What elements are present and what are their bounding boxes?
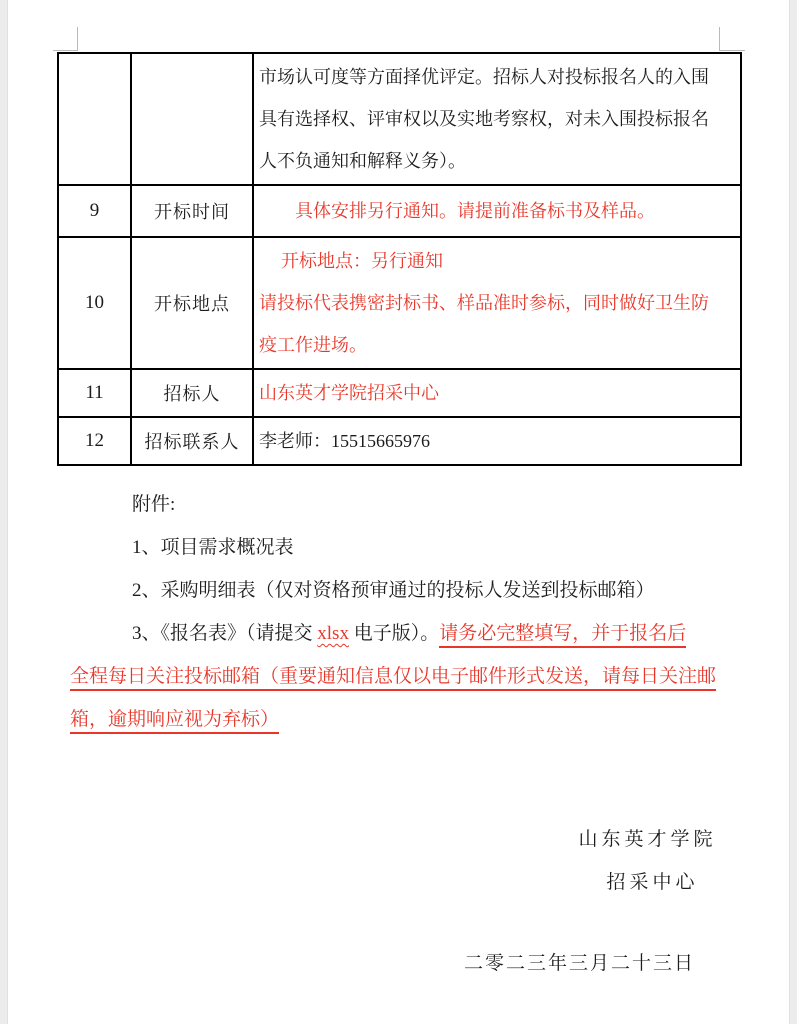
red-warning-line-2: 全程每日关注投标邮箱（重要通知信息仅以电子邮件形式发送，请每日关注邮 <box>70 655 742 698</box>
content-line: 李老师：15515665976 <box>259 420 736 462</box>
row-label-cell: 开标时间 <box>131 185 253 237</box>
table-row-9: 9 开标时间 具体安排另行通知。请提前准备标书及样品。 <box>58 185 741 237</box>
crop-mark-top-right <box>719 27 720 51</box>
row-content-cell: 具体安排另行通知。请提前准备标书及样品。 <box>253 185 741 237</box>
row-content-cell: 山东英才学院招采中心 <box>253 369 741 417</box>
attachment-item-2: 2、采购明细表（仅对资格预审通过的投标人发送到投标邮箱） <box>70 569 742 612</box>
content-line: 山东英才学院招采中心 <box>259 372 736 414</box>
row-label-cell: 开标地点 <box>131 237 253 369</box>
page-edge-left <box>0 0 8 1024</box>
row-content-cell: 李老师：15515665976 <box>253 417 741 465</box>
table-row-continuation: 市场认可度等方面择优评定。招标人对投标报名人的入围 具有选择权、评审权以及实地考… <box>58 53 741 185</box>
content-line: 开标地点：另行通知 <box>259 240 736 282</box>
row-number-cell: 12 <box>58 417 131 465</box>
crop-mark-top-left <box>77 27 78 51</box>
xlsx-file-token: xlsx <box>317 623 349 644</box>
row-label-cell: 招标人 <box>131 369 253 417</box>
table-row-10: 10 开标地点 开标地点：另行通知 请投标代表携密封标书、样品准时参标，同时做好… <box>58 237 741 369</box>
attachment-item-3: 3、《报名表》（请提交 xlsx 电子版）。请务必完整填写，并于报名后 <box>70 612 742 655</box>
signature-date: 二零二三年三月二十三日 <box>437 948 722 975</box>
table-row-12: 12 招标联系人 李老师：15515665976 <box>58 417 741 465</box>
page-edge-right <box>789 0 797 1024</box>
crop-mark-top-left <box>53 50 77 51</box>
signature-org-line-2: 招采中心 <box>545 867 760 894</box>
content-line: 请投标代表携密封标书、样品准时参标，同时做好卫生防 <box>259 282 736 324</box>
row-number-cell: 11 <box>58 369 131 417</box>
content-line: 疫工作进场。 <box>259 324 736 366</box>
attachment-item-3-prefix: 3、《报名表》（请提交 <box>132 623 317 644</box>
crop-mark-top-right <box>720 50 745 51</box>
attachment-item-1: 1、项目需求概况表 <box>70 526 742 569</box>
red-warning-part-1: 请务必完整填写，并于报名后 <box>439 623 686 648</box>
document-page: 市场认可度等方面择优评定。招标人对投标报名人的入围 具有选择权、评审权以及实地考… <box>0 0 797 1024</box>
row-label-cell <box>131 53 253 185</box>
row-number-cell <box>58 53 131 185</box>
row-number-cell: 9 <box>58 185 131 237</box>
attachment-item-3-mid: 电子版）。 <box>349 623 439 644</box>
content-line: 具有选择权、评审权以及实地考察权，对未入围投标报名 <box>259 98 736 140</box>
table-row-11: 11 招标人 山东英才学院招采中心 <box>58 369 741 417</box>
content-line: 人不负通知和解释义务）。 <box>259 140 736 182</box>
attachments-heading: 附件: <box>70 483 742 526</box>
red-warning-line-3: 箱，逾期响应视为弃标） <box>70 698 742 741</box>
signature-org-line-1: 山东英才学院 <box>540 824 755 851</box>
attachments-section: 附件: 1、项目需求概况表 2、采购明细表（仅对资格预审通过的投标人发送到投标邮… <box>70 483 742 741</box>
row-content-cell: 开标地点：另行通知 请投标代表携密封标书、样品准时参标，同时做好卫生防 疫工作进… <box>253 237 741 369</box>
row-label-cell: 招标联系人 <box>131 417 253 465</box>
content-line: 具体安排另行通知。请提前准备标书及样品。 <box>259 190 736 232</box>
tender-info-table: 市场认可度等方面择优评定。招标人对投标报名人的入围 具有选择权、评审权以及实地考… <box>57 52 742 466</box>
row-number-cell: 10 <box>58 237 131 369</box>
content-line: 市场认可度等方面择优评定。招标人对投标报名人的入围 <box>259 56 736 98</box>
row-content-cell: 市场认可度等方面择优评定。招标人对投标报名人的入围 具有选择权、评审权以及实地考… <box>253 53 741 185</box>
